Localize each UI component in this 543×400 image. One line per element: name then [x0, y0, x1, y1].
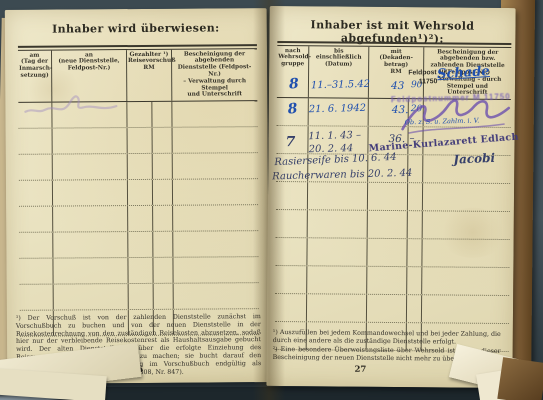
table-row	[276, 210, 510, 240]
cell-rm	[368, 183, 408, 210]
cell-am	[20, 285, 54, 310]
table-row	[19, 127, 258, 155]
signature-jacobi: Jacobi	[453, 151, 495, 167]
cell-pf	[407, 267, 422, 294]
cell-pf	[152, 102, 172, 127]
cell-bescheinigung	[172, 127, 257, 153]
cell-pf	[153, 232, 173, 257]
cell-datum	[307, 295, 367, 323]
cell-pf	[153, 258, 173, 283]
cell-rm	[367, 267, 407, 294]
pencil-scribble	[21, 89, 121, 122]
page-left: Inhaber wird überwiesen: am (Tag der Inm…	[5, 8, 270, 384]
table-row	[276, 182, 510, 212]
table-row	[20, 283, 259, 311]
table-row	[19, 153, 258, 181]
cell-datum	[308, 211, 368, 239]
cell-bescheinigung	[422, 240, 509, 268]
page-title-left: Inhaber wird überwiesen:	[5, 21, 267, 36]
cell-pf	[407, 295, 422, 322]
cell-rm	[368, 211, 408, 238]
cell-rm	[128, 258, 153, 283]
cell-pf	[153, 206, 173, 231]
cell-rm	[128, 180, 153, 205]
cell-rm	[367, 295, 407, 322]
signature-schade: Schade	[437, 64, 490, 82]
cell-pf	[408, 211, 423, 238]
cell-bescheinigung	[173, 179, 258, 205]
table-row	[19, 231, 258, 259]
cell-datum	[308, 183, 368, 211]
cell-gruppe	[275, 266, 307, 293]
cell-an	[54, 284, 129, 310]
cell-bescheinigung	[173, 231, 258, 257]
page-right: Inhaber ist mit Wehrsold abgefunden¹)²):…	[266, 6, 515, 388]
cell-bescheinigung	[173, 257, 258, 283]
cell-gruppe	[276, 182, 308, 209]
cell-bescheinigung	[422, 296, 509, 324]
cell-rm	[128, 206, 153, 231]
cell-an	[52, 128, 127, 154]
cell-an	[53, 206, 128, 232]
cell-pf	[408, 183, 423, 210]
table-row	[19, 179, 258, 207]
cell-an	[53, 232, 128, 258]
cell-rm	[129, 284, 154, 309]
cell-am	[19, 259, 53, 284]
cell-gruppe	[275, 294, 307, 321]
cell-an	[53, 180, 128, 206]
cell-datum	[307, 239, 367, 267]
cell-rm	[128, 232, 153, 257]
cell-bescheinigung	[172, 101, 257, 127]
cell-am	[19, 233, 53, 258]
entry3-group: 7	[285, 134, 295, 150]
cell-bescheinigung	[422, 268, 509, 296]
cell-datum	[307, 267, 367, 295]
page-number-right: 27	[354, 365, 366, 375]
entry2-group: 8	[287, 101, 298, 118]
table-row	[275, 294, 509, 324]
cell-rm	[367, 239, 407, 266]
entry1-date: 11.–31.5.42	[311, 79, 370, 92]
cell-pf	[152, 128, 172, 153]
transfer-table-rows	[18, 101, 259, 337]
cell-am	[19, 129, 53, 154]
table-row	[275, 238, 509, 268]
torn-cover-corner	[497, 357, 543, 400]
cell-pf	[153, 180, 173, 205]
entry1-group: 8	[289, 76, 300, 93]
cell-rm	[127, 102, 152, 127]
header-reisevorschuss: Gezahlter ¹) Reisevorschuß RM	[127, 49, 172, 101]
cell-bescheinigung	[423, 184, 510, 212]
cell-pf	[407, 239, 422, 266]
cell-rm	[127, 128, 152, 153]
feldpost-stamp-line2: 11750	[419, 78, 438, 85]
table-row	[19, 257, 258, 285]
cell-gruppe	[276, 210, 308, 237]
table-row	[19, 205, 258, 233]
cell-bescheinigung	[423, 212, 510, 240]
cell-an	[53, 154, 128, 180]
soldbuch-photo: Inhaber wird überwiesen: am (Tag der Inm…	[0, 0, 543, 400]
cell-pf	[153, 284, 173, 309]
cell-am	[19, 155, 53, 180]
entry3-date: 11. 1. 43 – 20. 2. 44	[308, 129, 361, 156]
cell-bescheinigung	[173, 153, 258, 179]
cell-gruppe	[275, 238, 307, 265]
cell-am	[19, 207, 53, 232]
transfer-table: am (Tag der Inmarsch- setzung) an (neue …	[18, 44, 259, 337]
header-bescheinigung: Bescheinigung der abgebenden Dienststell…	[172, 49, 257, 101]
cell-bescheinigung	[173, 283, 258, 309]
cell-am	[19, 181, 53, 206]
cell-bescheinigung	[173, 205, 258, 231]
cell-an	[53, 258, 128, 284]
cell-rm	[128, 154, 153, 179]
footnote-right-1: ¹) Auszufüllen bei jedem Kommandowechsel…	[273, 329, 501, 347]
entry2-date: 21. 6. 1942	[309, 103, 367, 115]
table-row	[275, 266, 509, 296]
cell-pf	[153, 154, 173, 179]
